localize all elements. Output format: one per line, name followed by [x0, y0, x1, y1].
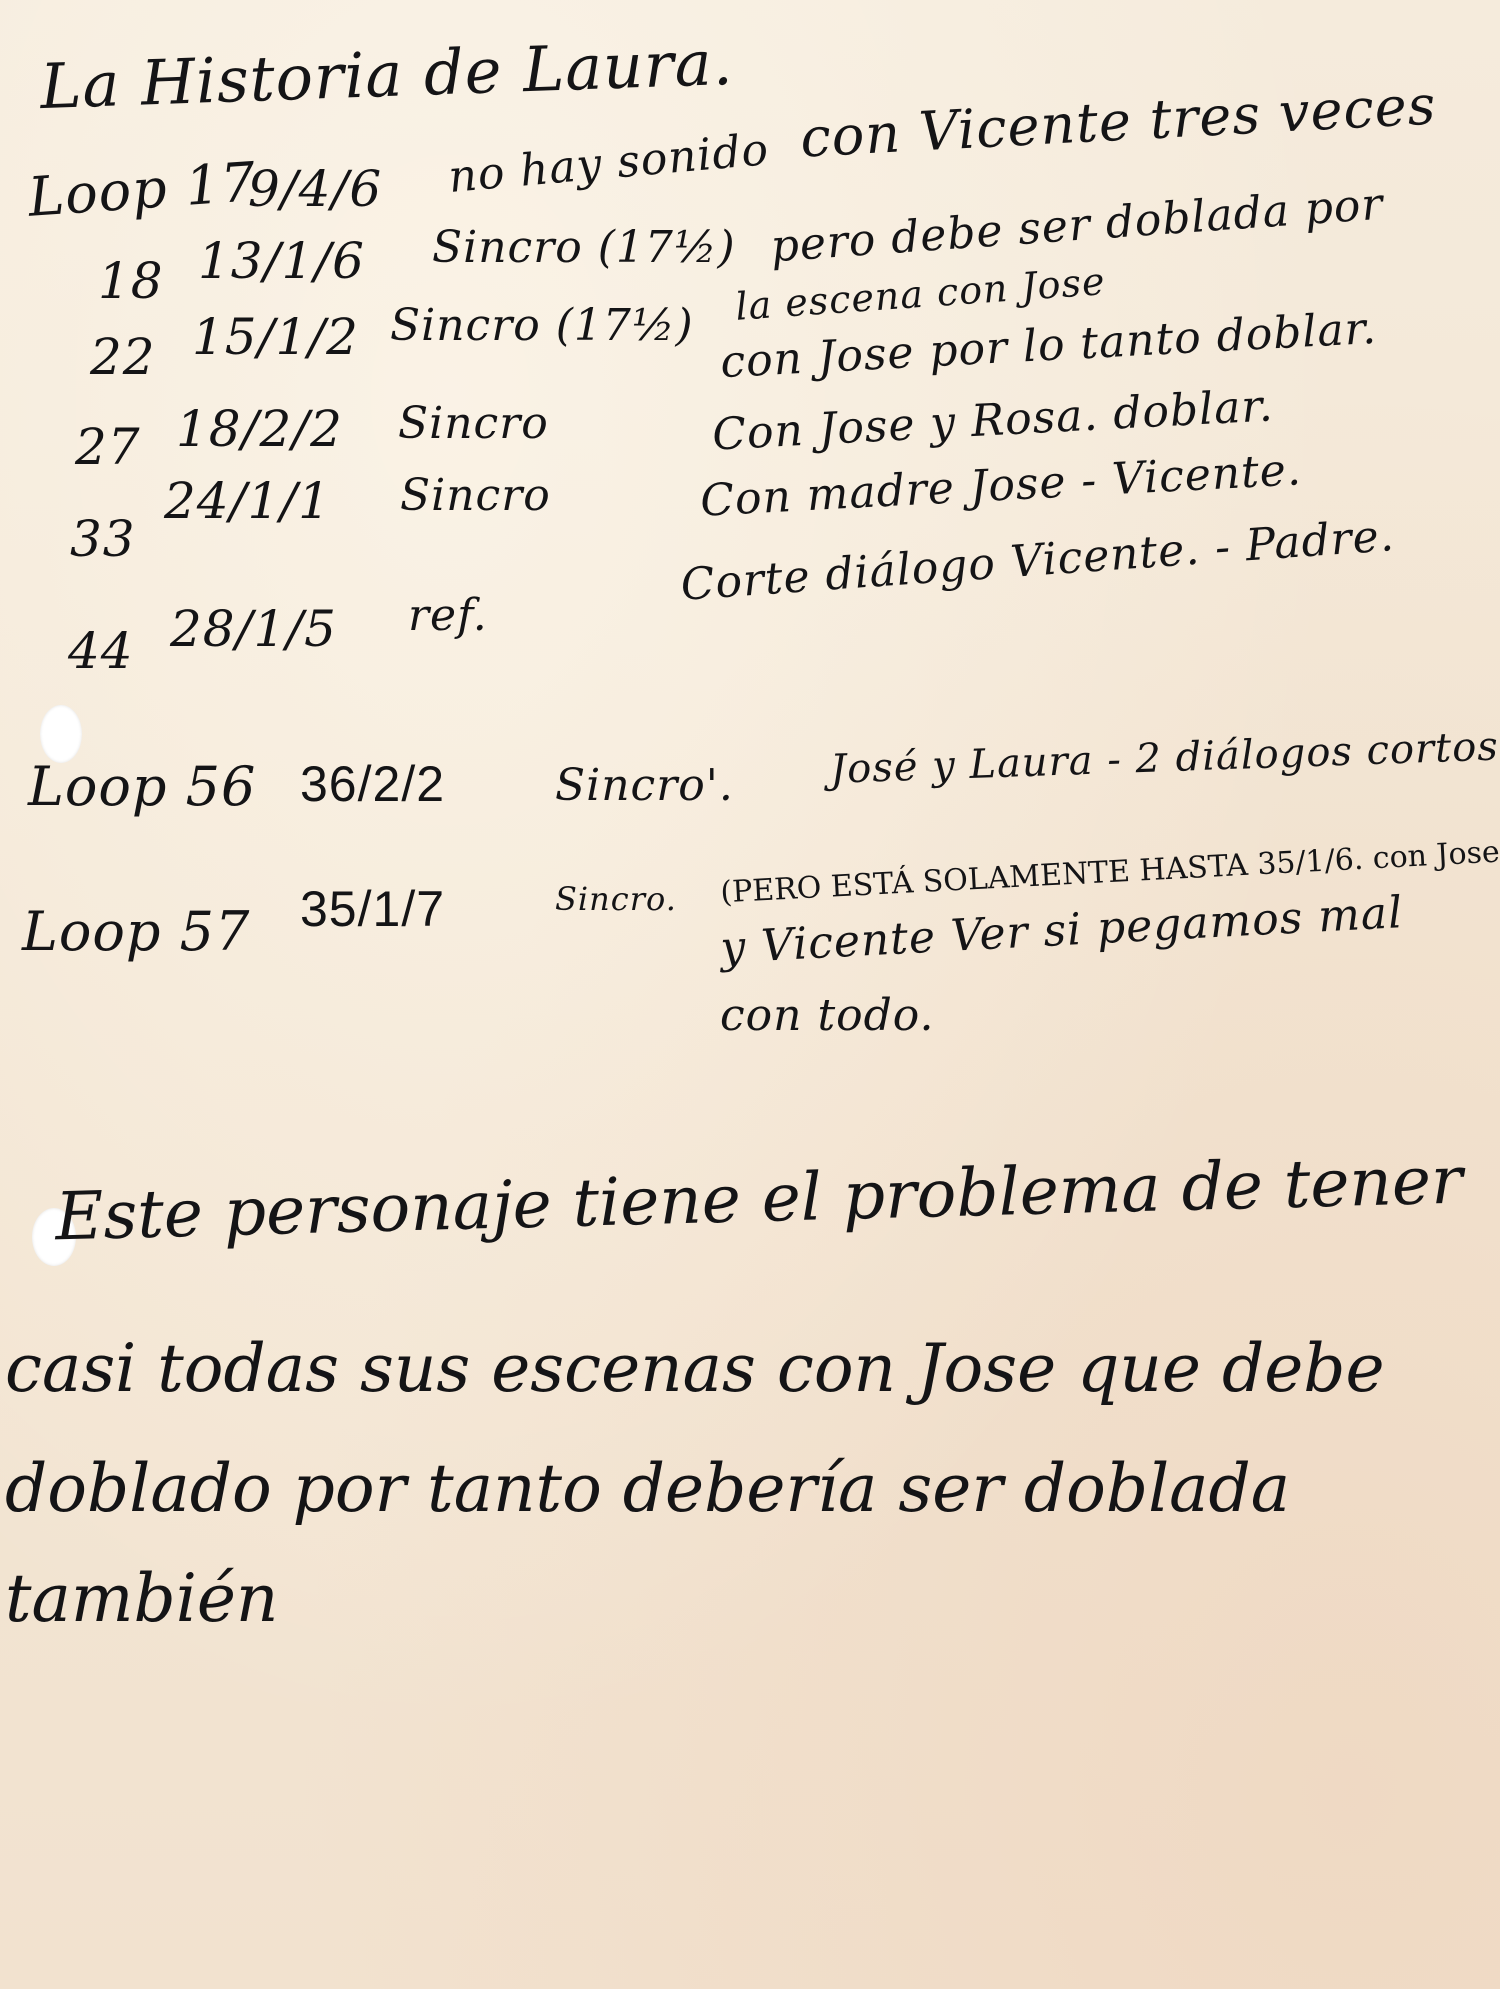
timecode: 18/2/2	[176, 400, 343, 458]
status: Sincro	[398, 398, 549, 449]
status: no hay sonido	[446, 124, 771, 203]
timecode: 35/1/7	[300, 880, 445, 938]
paragraph-line-1: Este personaje tiene el problema de tene…	[54, 1142, 1463, 1256]
timecode: 36/2/2	[300, 755, 445, 813]
handwritten-page: La Historia de Laura. con Vicente tres v…	[0, 0, 1500, 1989]
status: Sincro	[400, 470, 551, 521]
loop-label: Loop 57	[22, 900, 250, 963]
status: Sincro (17½)	[432, 222, 736, 273]
timecode: 24/1/1	[164, 472, 331, 530]
paragraph-line-2: casi todas sus escenas con Jose que debe	[5, 1330, 1385, 1407]
page-title: La Historia de Laura.	[39, 26, 735, 123]
timecode: 9/4/6	[248, 160, 382, 218]
status: Sincro (17½)	[390, 300, 694, 351]
title-note: con Vicente tres veces	[799, 73, 1438, 169]
note: pero debe ser doblada por	[769, 179, 1385, 273]
loop-label: Loop 17	[26, 150, 258, 229]
paragraph-line-4: también	[5, 1560, 278, 1637]
timecode: 13/1/6	[198, 232, 365, 290]
loop-label: 22	[90, 328, 156, 386]
note: Con Jose y Rosa. doblar.	[711, 380, 1275, 460]
loop-label: Loop 56	[28, 755, 256, 818]
timecode: 28/1/5	[170, 600, 337, 658]
paragraph-line-3: doblado por tanto debería ser doblada	[5, 1450, 1290, 1527]
note: José y Laura - 2 diálogos cortos.	[829, 723, 1500, 793]
loop-label: 33	[70, 510, 136, 568]
note: Corte diálogo Vicente. - Padre.	[679, 510, 1396, 611]
status: Sincro'.	[555, 760, 734, 811]
loop-label: 44	[68, 622, 134, 680]
status: ref.	[408, 590, 488, 641]
timecode: 15/1/2	[192, 308, 359, 366]
loop-label: 27	[75, 418, 141, 476]
note-line-3: con todo.	[720, 990, 935, 1041]
status: Sincro.	[555, 880, 677, 918]
loop-label: 18	[98, 252, 164, 310]
